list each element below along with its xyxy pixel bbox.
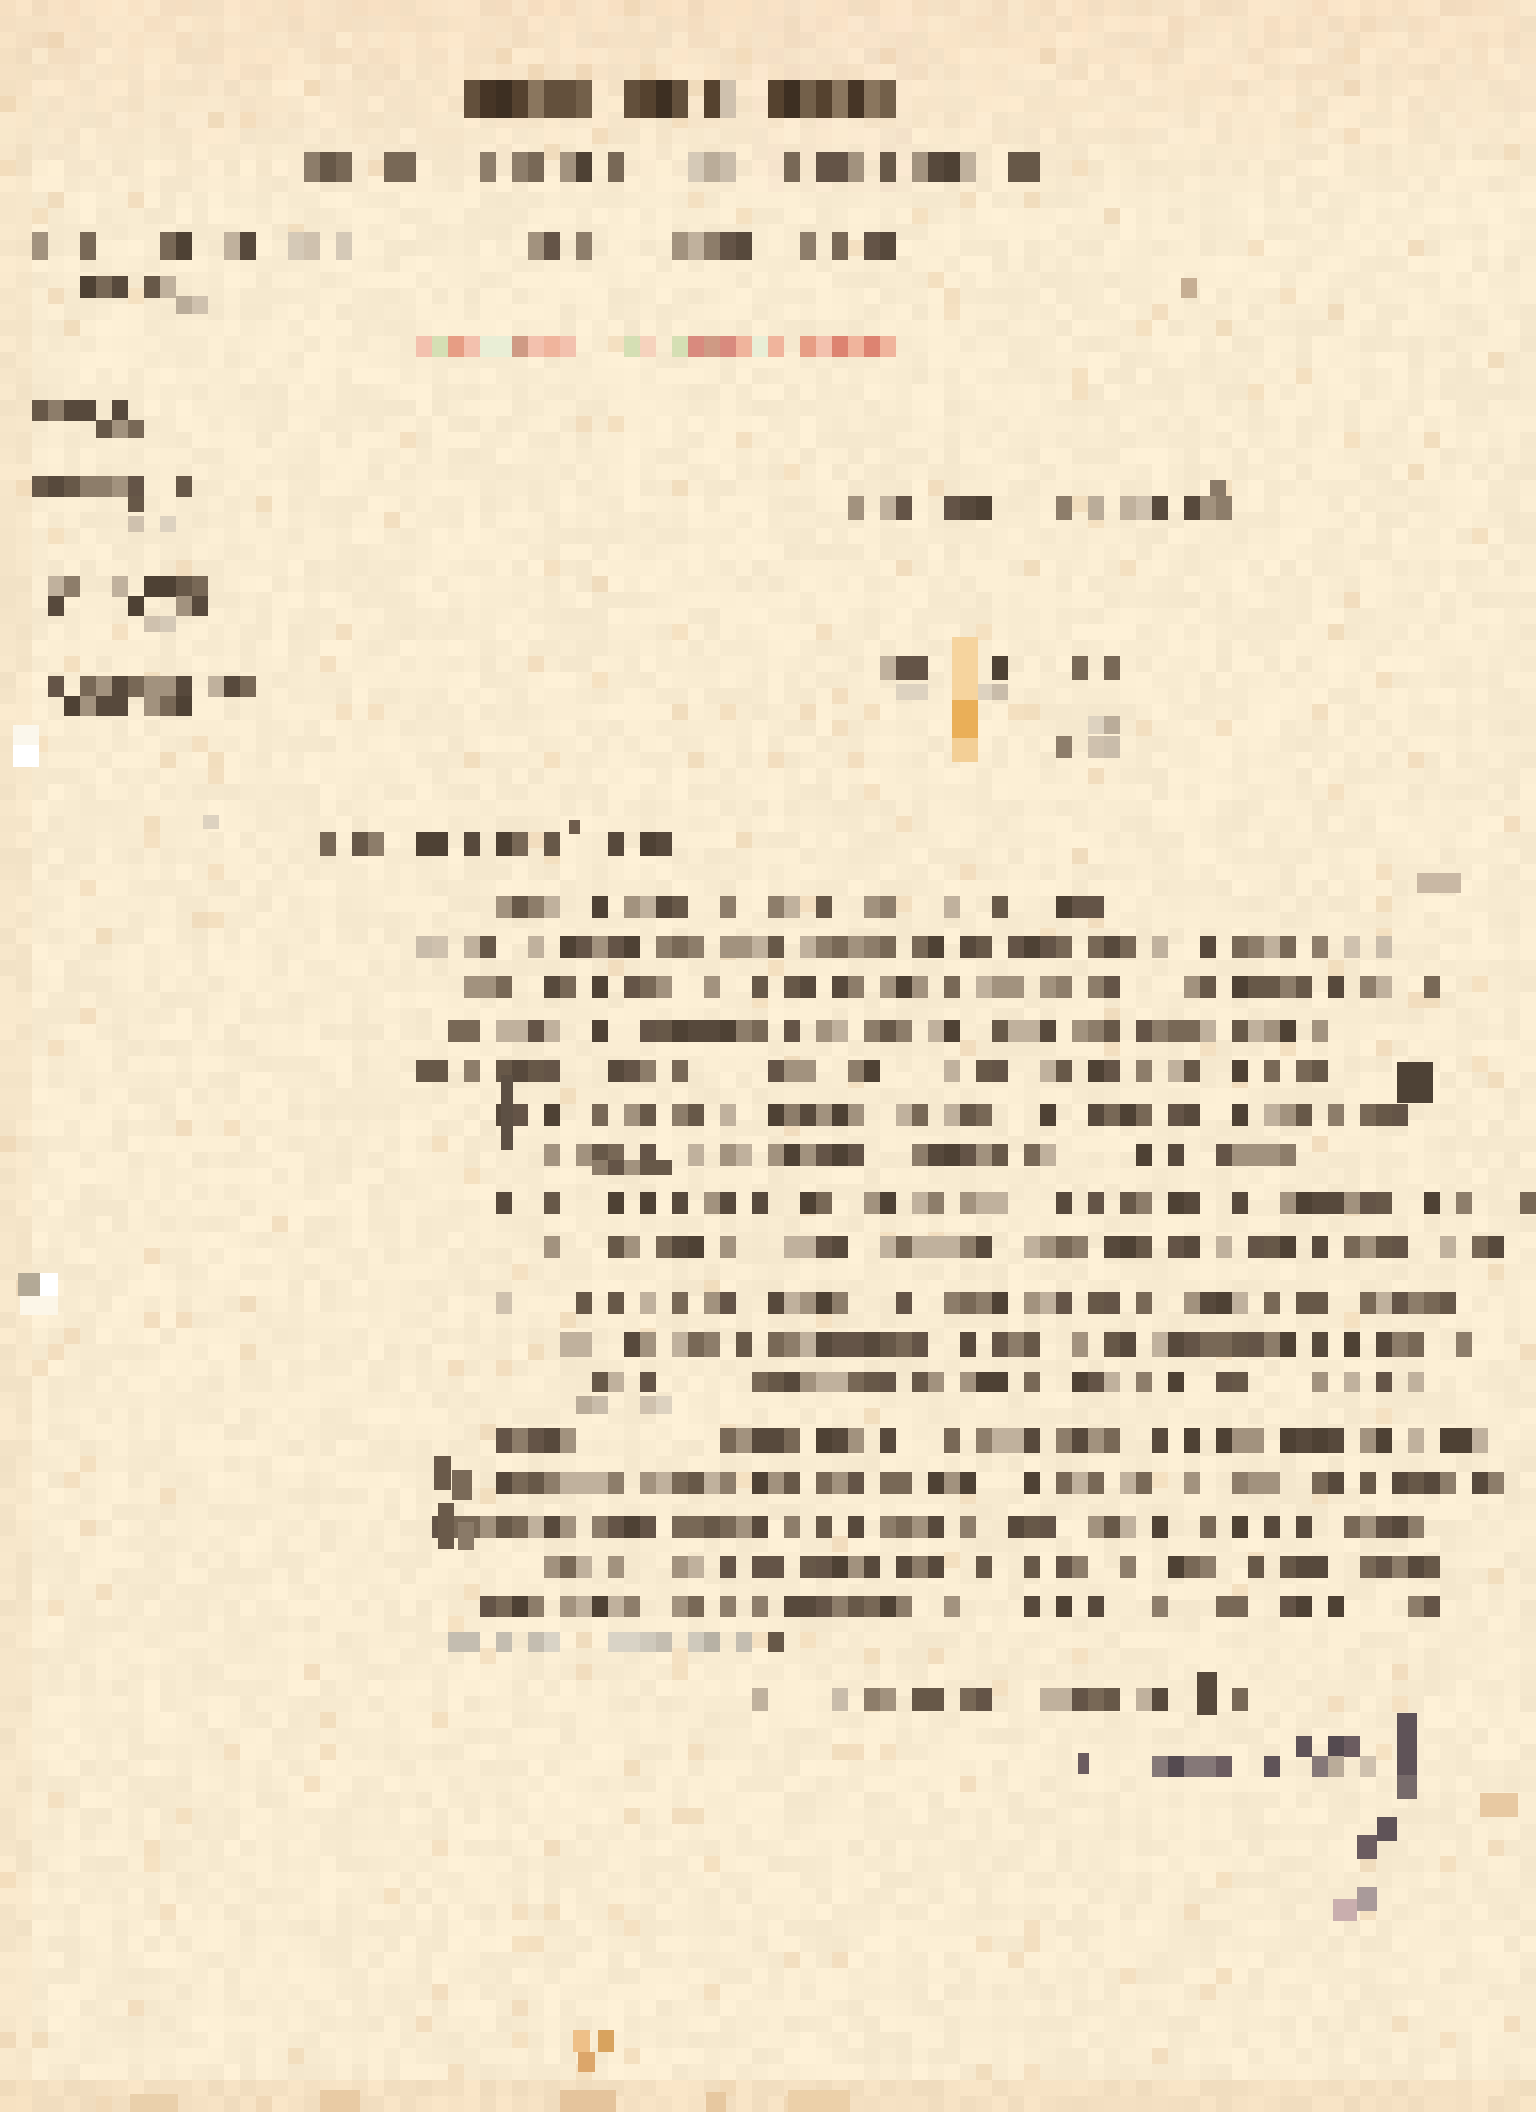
body-paragraph-1 — [418, 872, 1464, 1177]
initials-mark — [1058, 714, 1142, 760]
closing-line — [748, 1668, 1278, 1716]
file-number-block — [80, 272, 220, 318]
body-paragraph-3 — [434, 1426, 1499, 1656]
red-pencil-line — [416, 334, 906, 360]
date-line — [840, 490, 1240, 522]
bottom-orange-mark — [573, 2028, 615, 2074]
letterhead-title — [457, 72, 892, 120]
signature-flourish — [1330, 1780, 1520, 1925]
correction-patch-top — [13, 724, 40, 768]
recipient-block — [40, 672, 246, 720]
signature — [1078, 1710, 1418, 1780]
margin-note — [52, 572, 218, 636]
letterhead-reference-row — [27, 228, 932, 266]
scanned-letter-page — [0, 0, 1536, 2112]
reference-note-block — [28, 472, 193, 536]
registry-number-block — [27, 394, 149, 440]
body-paragraph-2 — [498, 1184, 1536, 1416]
correction-patch-mid — [18, 1272, 60, 1316]
salutation — [325, 830, 680, 860]
letterhead-subtitle — [285, 146, 1060, 182]
